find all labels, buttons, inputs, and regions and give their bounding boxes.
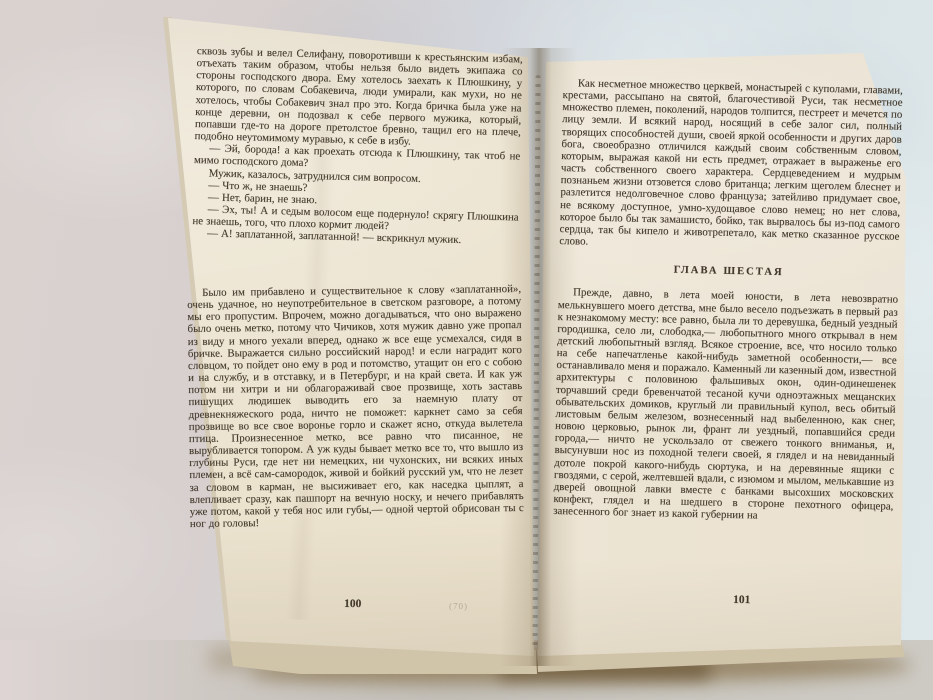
signature-mark: (70) [449, 601, 468, 611]
page-number-right: 101 [733, 594, 750, 606]
left-page-text-lower: Было им прибавлено и существительное к с… [187, 283, 525, 609]
chapter-heading: ГЛАВА ШЕСТАЯ [559, 262, 899, 282]
paragraph: Прежде, давно, в лета моей юности, в лет… [553, 286, 898, 525]
right-page-text-after-heading: Прежде, давно, в лета моей юности, в лет… [553, 286, 898, 525]
paragraph: Было им прибавлено и существительное к с… [187, 283, 524, 530]
paragraph: сквозь зубы и велел Селифану, поворотивш… [194, 45, 522, 151]
left-page-text-upper: сквозь зубы и велел Селифану, поворотивш… [191, 45, 523, 295]
right-page-text-before-heading: Как несметное множество церквей, монасты… [559, 77, 903, 255]
page-number-left: 100 [344, 598, 361, 610]
paragraph: Как несметное множество церквей, монасты… [559, 77, 903, 255]
book-photo-scene: сквозь зубы и велел Селифану, поворотивш… [0, 0, 933, 700]
right-page-text: Как несметное множество церквей, монасты… [551, 77, 903, 613]
